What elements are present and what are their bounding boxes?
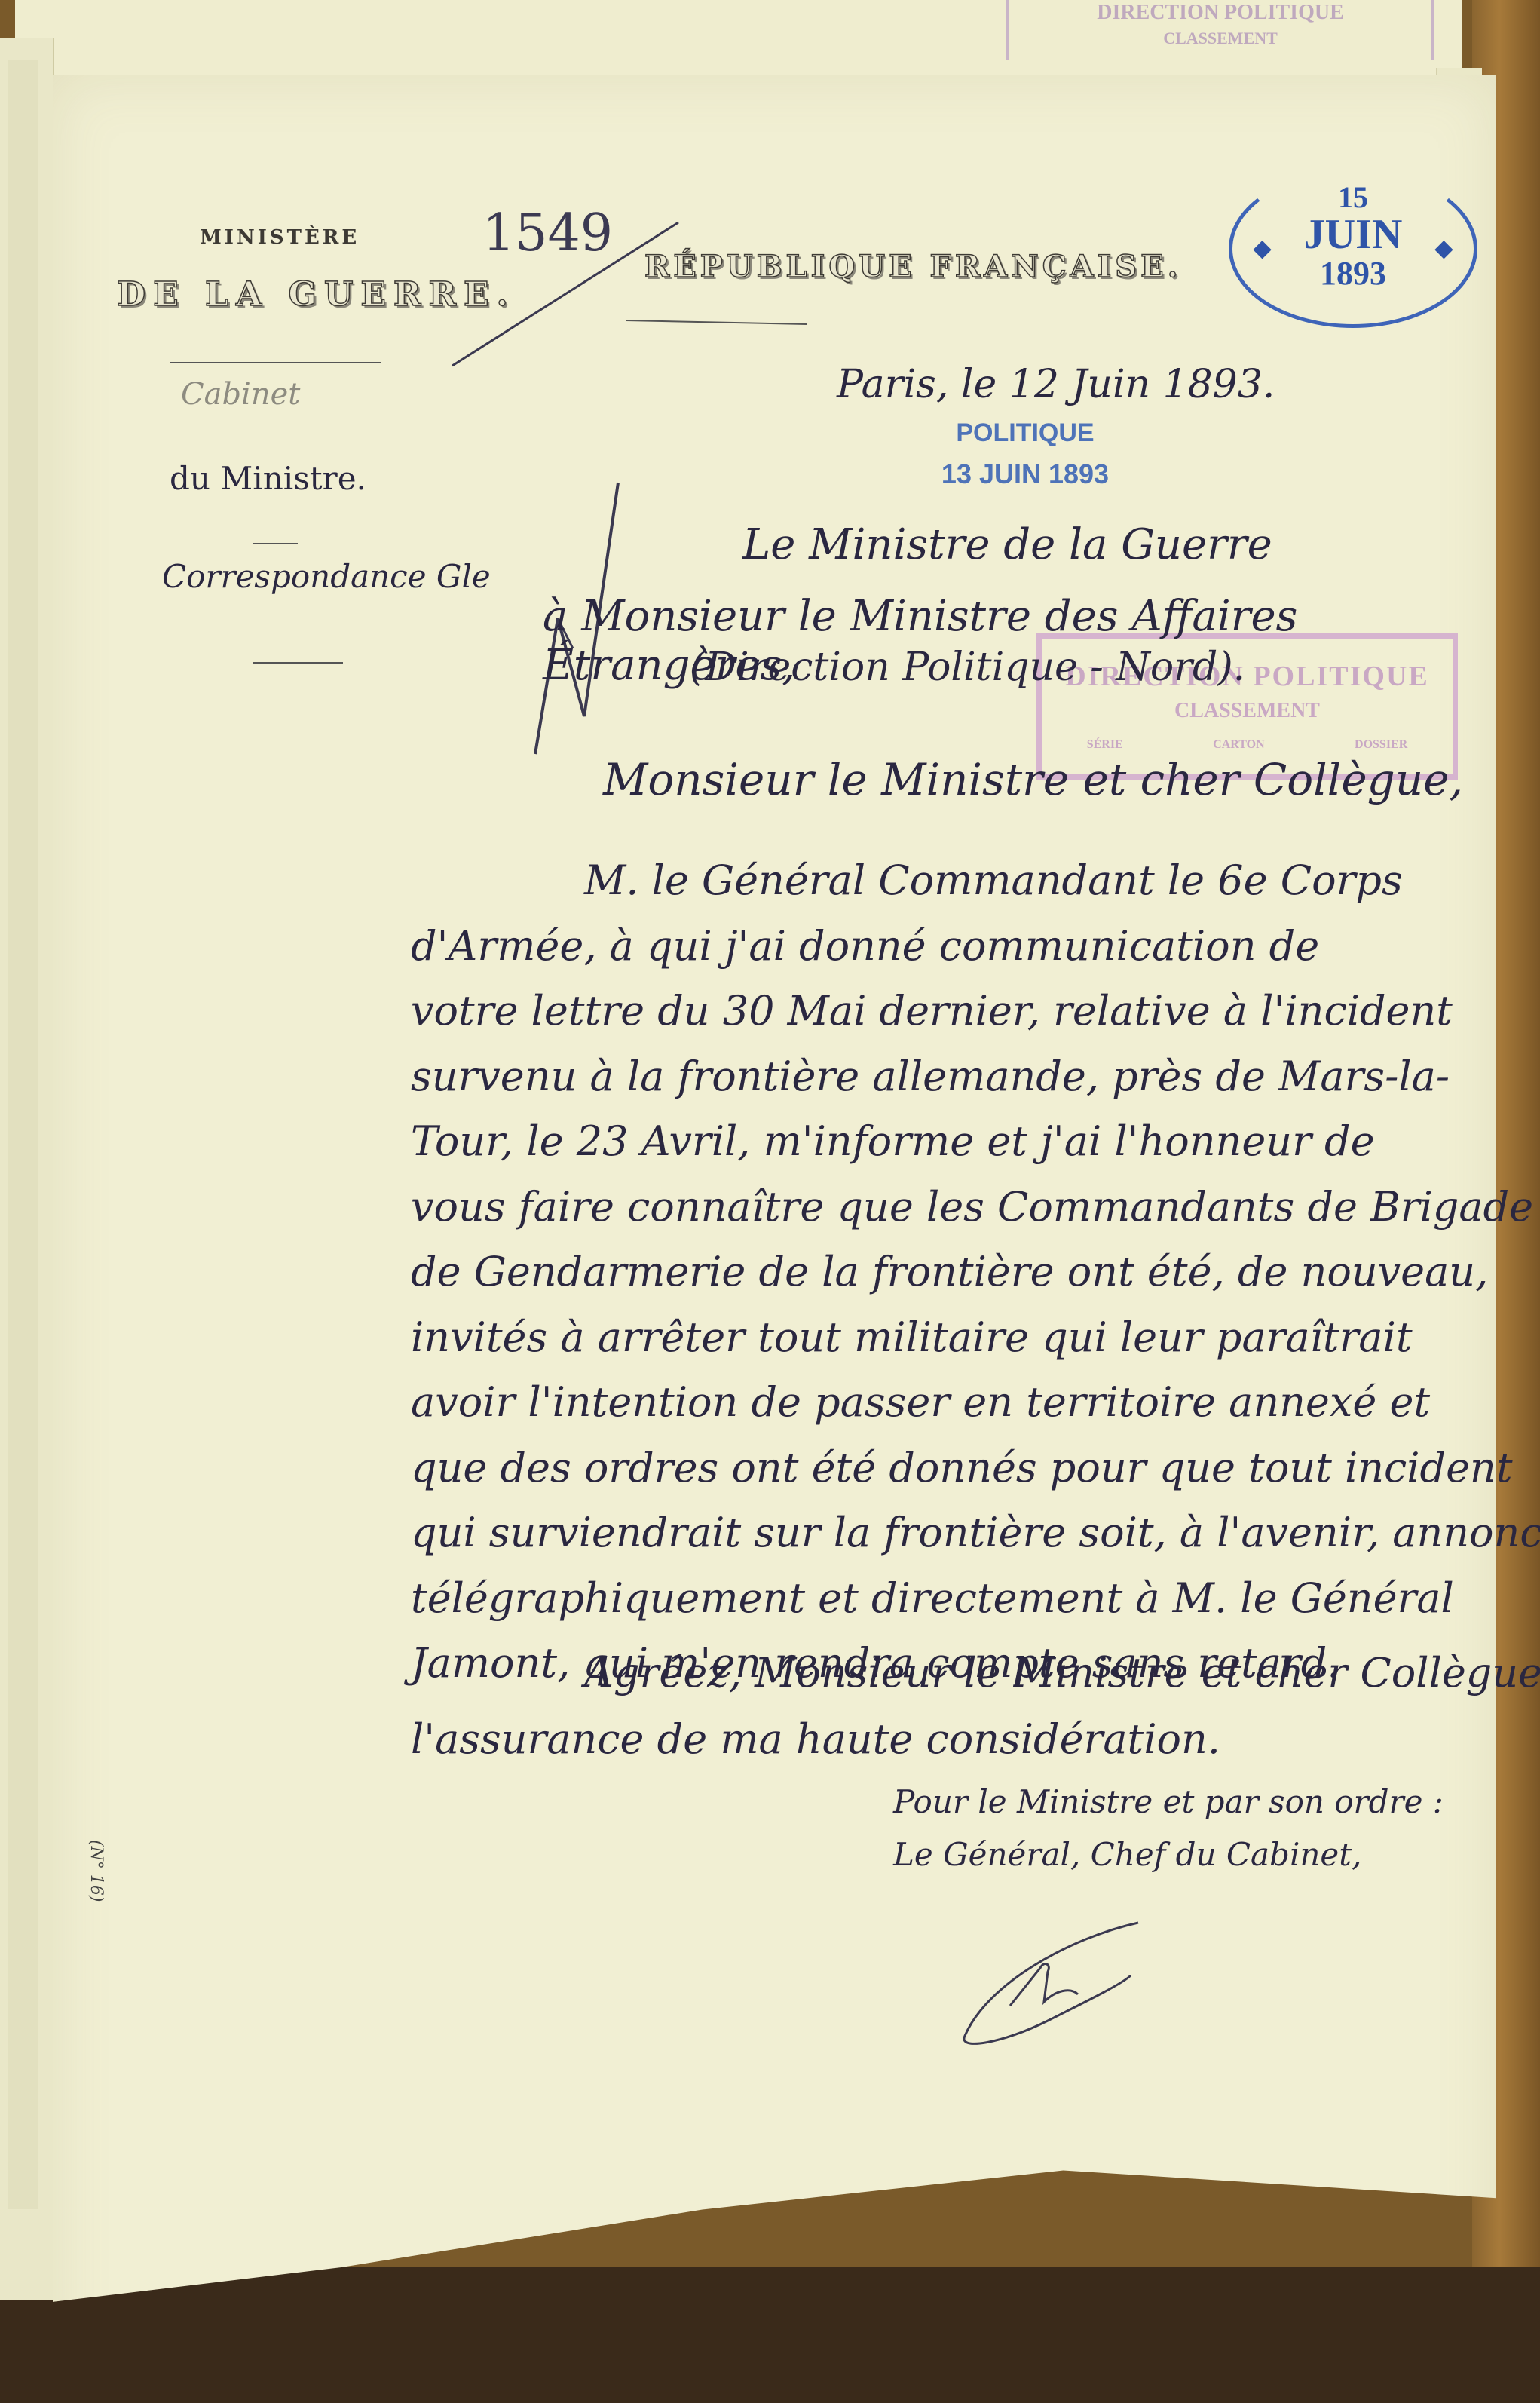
letterhead-du-ministre: du Ministre.: [170, 460, 366, 497]
body-line: que des ordres ont été donnés pour que t…: [411, 1436, 1481, 1501]
salutation: Monsieur le Ministre et cher Collègue,: [603, 754, 1463, 805]
diamond-icon: ◆: [1254, 235, 1271, 262]
body-line: votre lettre du 30 Mai dernier, relative…: [411, 979, 1481, 1044]
body-line: M. le Général Commandant le 6e Corps: [411, 848, 1481, 914]
underlying-sheet-left-inner: [8, 60, 38, 2209]
diamond-icon: ◆: [1435, 235, 1453, 262]
letterhead-republique: RÉPUBLIQUE FRANÇAISE.: [644, 249, 1182, 284]
signature-block: Pour le Ministre et par son ordre : Le G…: [893, 1776, 1444, 1881]
short-rule: [253, 543, 298, 544]
body-line: vous faire connaître que les Commandants…: [411, 1175, 1481, 1240]
body-line: de Gendarmerie de la frontière ont été, …: [411, 1240, 1481, 1305]
direction-politique-stamp: POLITIQUE 13 JUIN 1893: [931, 418, 1119, 490]
body-line: invités à arrêter tout militaire qui leu…: [411, 1305, 1481, 1371]
sender-line: Le Ministre de la Guerre: [742, 520, 1272, 569]
closing-formula: Agréez, Monsieur le Ministre et cher Col…: [411, 1640, 1481, 1773]
ornamental-rule: [170, 362, 381, 363]
body-line: télégraphiquement et directement à M. le…: [411, 1566, 1481, 1632]
body-line: Tour, le 23 Avril, m'informe et j'ai l'h…: [411, 1109, 1481, 1175]
letterhead-correspondance: Correspondance Gle: [162, 558, 491, 595]
signature-flourish: [957, 1915, 1183, 2051]
body-line: qui surviendrait sur la frontière soit, …: [411, 1500, 1481, 1566]
body-line: d'Armée, à qui j'ai donné communication …: [411, 914, 1481, 979]
diagonal-pen-stroke: [452, 189, 995, 385]
short-rule-2: [253, 662, 343, 664]
recipient-division: (Direction Politique - Nord).: [690, 645, 1245, 690]
letter-body: M. le Général Commandant le 6e Corps d'A…: [411, 848, 1481, 1697]
body-line: avoir l'intention de passer en territoir…: [411, 1370, 1481, 1436]
body-line: survenu à la frontière allemande, près d…: [411, 1044, 1481, 1110]
place-and-date: Paris, le 12 Juin 1893.: [837, 362, 1275, 407]
table-shadow: [0, 2267, 1540, 2403]
form-number: (N° 16): [87, 1840, 106, 1902]
underlying-classement-stamp: DIRECTION POLITIQUE CLASSEMENT: [1006, 0, 1434, 60]
letterhead-ministere: MINISTÈRE: [200, 226, 360, 249]
letterhead-cabinet: Cabinet: [181, 377, 300, 412]
received-date-stamp: ◆ ◆ 15 JUIN 1893: [1229, 170, 1477, 328]
